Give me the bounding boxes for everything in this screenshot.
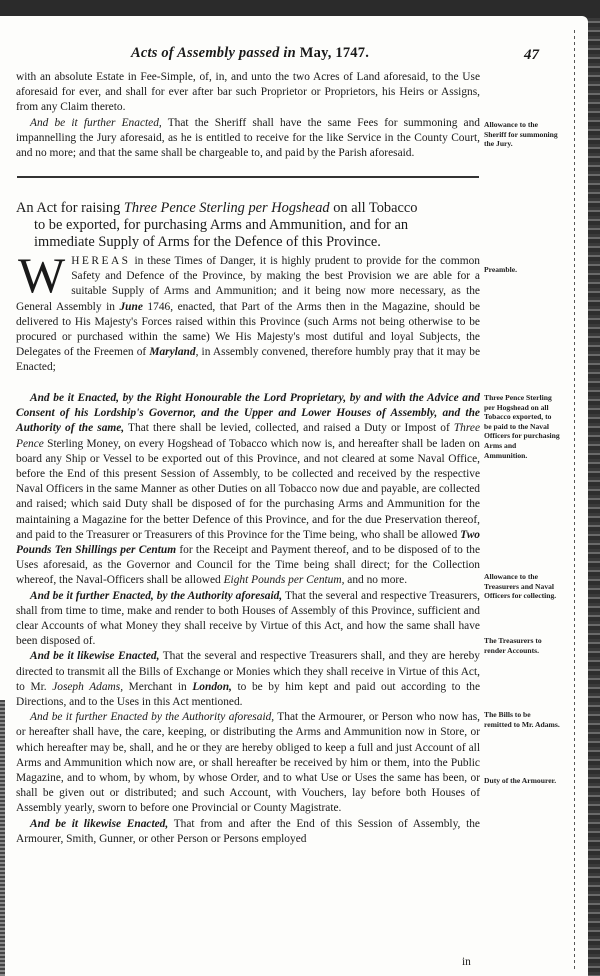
margin-note-duty: Three Pence Sterling per Hogshead on all…	[484, 393, 560, 460]
margin-note-accounts: The Treasurers to render Accounts.	[484, 636, 560, 655]
section-employed: And be it likewise Enacted, That from an…	[16, 817, 480, 847]
preamble-smallcaps: HEREAS	[71, 255, 130, 267]
margin-note-bills: The Bills to be remitted to Mr. Adams.	[484, 710, 560, 729]
enactment-lead: And be it further Enacted by the Authori…	[30, 711, 274, 723]
continuation-paragraph: with an absolute Estate in Fee-Simple, o…	[16, 70, 480, 116]
section-duty: And be it Enacted, by the Right Honourab…	[16, 391, 480, 589]
section-italic: Joseph Adams,	[52, 681, 123, 693]
margin-note-allowance: Allowance to the Treasurers and Naval Of…	[484, 572, 560, 601]
enactment-lead: And be it likewise Enacted,	[30, 650, 159, 662]
section-text: That the Armourer, or Person who now has…	[16, 711, 480, 814]
preamble-italic: Maryland	[149, 346, 195, 358]
enactment-lead: And be it likewise Enacted,	[30, 818, 168, 830]
running-title-date: May, 1747.	[300, 45, 369, 61]
section-italic: Eight Pounds per Centum,	[224, 574, 345, 586]
gutter-rule	[574, 30, 575, 970]
act-title-italic: Three Pence Sterling per Hogshead	[124, 200, 330, 216]
preamble-paragraph: WHEREAS in these Times of Danger, it is …	[16, 254, 480, 376]
enactment-lead: And be it further Enacted, by the Author…	[30, 590, 282, 602]
section-text: Merchant in	[123, 681, 192, 693]
act-title-text: on all Tobacco	[330, 200, 418, 216]
margin-note-preamble: Preamble.	[484, 265, 560, 275]
page-edge-right	[588, 18, 600, 976]
act-title: An Act for raising Three Pence Sterling …	[16, 200, 480, 251]
act-title-text: An Act for raising	[16, 200, 124, 216]
act-title-line-2: to be exported, for purchasing Arms and …	[16, 217, 480, 234]
page-edge-left	[0, 700, 5, 976]
running-title: Acts of Assembly passed in May, 1747.	[100, 45, 400, 62]
act-title-line-3: immediate Supply of Arms for the Defence…	[16, 234, 480, 251]
margin-note-armourer: Duty of the Armourer.	[484, 776, 560, 786]
enactment-lead: And be it further Enacted,	[30, 117, 162, 129]
page-header: Acts of Assembly passed in May, 1747. 47	[0, 45, 588, 69]
sheriff-fees-paragraph: And be it further Enacted, That the Sher…	[16, 116, 480, 162]
running-title-italic: Acts of Assembly passed in	[131, 45, 296, 61]
section-text: Sterling Money, on every Hogshead of Tob…	[16, 438, 480, 541]
page-number: 47	[524, 47, 539, 64]
drop-cap: W	[18, 254, 65, 298]
continuation-text: with an absolute Estate in Fee-Simple, o…	[16, 70, 480, 161]
section-accounts: And be it further Enacted, by the Author…	[16, 589, 480, 650]
section-bills: And be it likewise Enacted, That the sev…	[16, 649, 480, 710]
section-italic: London,	[192, 681, 232, 693]
preamble-italic: June	[119, 301, 142, 313]
section-armourer: And be it further Enacted by the Authori…	[16, 710, 480, 816]
enactment-sections: And be it Enacted, by the Right Honourab…	[16, 391, 480, 847]
margin-note-sheriff: Allowance to the Sheriff for summoning t…	[484, 120, 560, 149]
section-text: and no more.	[344, 574, 407, 586]
act-title-line-1: An Act for raising Three Pence Sterling …	[16, 200, 480, 217]
section-divider	[17, 176, 479, 178]
section-text: That there shall be levied, collected, a…	[124, 422, 454, 434]
catchword: in	[462, 956, 471, 968]
